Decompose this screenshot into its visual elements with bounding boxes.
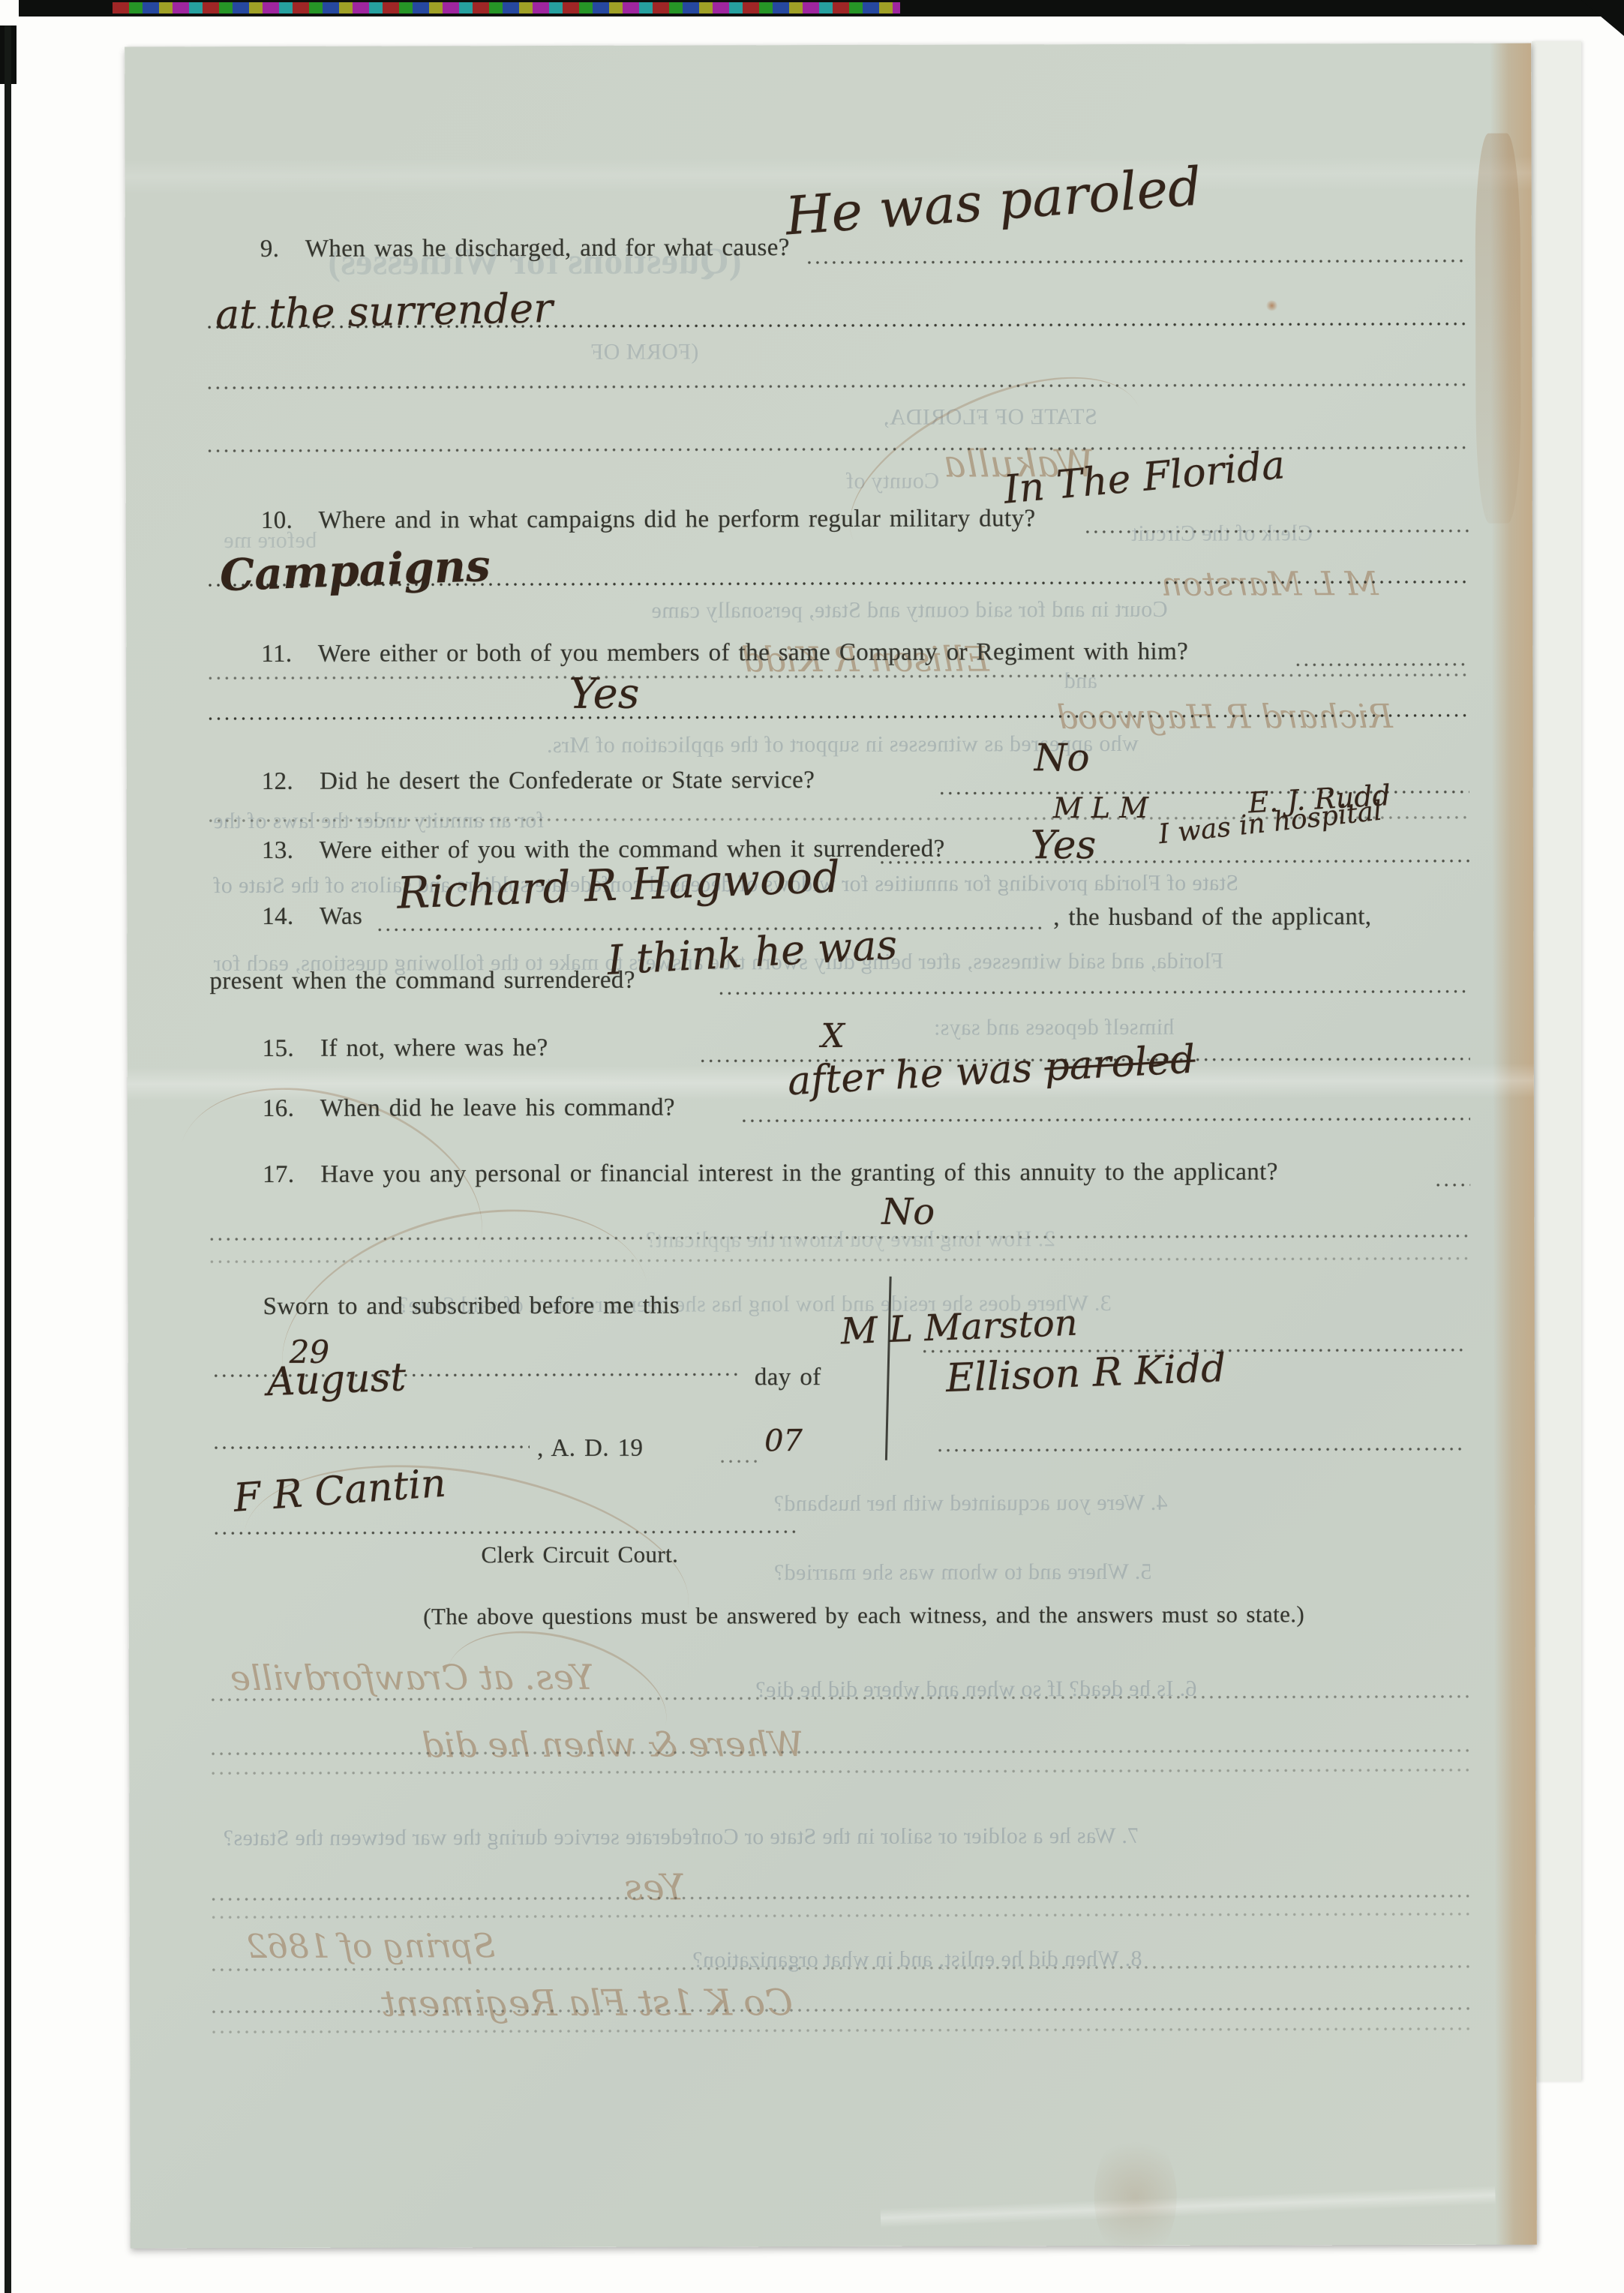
question-13-number: 13.	[262, 837, 294, 864]
question-10-text: Where and in what campaigns did he perfo…	[319, 505, 1036, 534]
question-10-number: 10.	[261, 507, 293, 534]
instruction-note: (The above questions must be answered by…	[309, 1601, 1419, 1631]
bleed-deposes-line: himself deposes and says:	[934, 1015, 1175, 1041]
paper-crease	[881, 2185, 1496, 2228]
question-16-text: When did he leave his command?	[320, 1094, 675, 1122]
question-17: 17. Have you any personal or financial i…	[263, 1158, 1278, 1189]
question-16: 16. When did he leave his command?	[263, 1094, 675, 1123]
dotted-line	[208, 383, 1468, 389]
dotted-line	[212, 1895, 1472, 1901]
question-14-continued: present when the command surrendered?	[209, 967, 635, 995]
dotted-line	[212, 2027, 1472, 2033]
bleed-q2: 2. How long have you known the applicant…	[645, 1226, 1055, 1253]
question-14-text-after: , the husband of the applicant,	[1053, 903, 1371, 932]
dotted-line	[721, 1460, 762, 1463]
question-15-number: 15.	[263, 1035, 295, 1062]
answer-11: Yes	[569, 670, 639, 719]
bleed-q8-answer2: Co K 1st Fla Regiment	[381, 1982, 793, 2024]
dotted-line	[212, 1749, 1472, 1755]
dotted-line	[212, 1769, 1472, 1775]
answer-17: No	[881, 1191, 935, 1233]
dotted-line	[212, 1913, 1472, 1919]
question-15-text: If not, where was he?	[320, 1034, 548, 1062]
stain	[1475, 134, 1520, 524]
question-17-text: Have you any personal or financial inter…	[320, 1158, 1277, 1187]
witness-signature-1: M L Marston	[840, 1302, 1079, 1353]
question-14-start: 14. Was	[262, 903, 362, 931]
question-12-number: 12.	[262, 768, 294, 795]
dotted-line	[1436, 1184, 1470, 1187]
dotted-line	[881, 860, 1469, 864]
answer-10-line2: Campaigns	[219, 540, 491, 601]
ad-label: , A. D. 19	[537, 1435, 643, 1463]
question-16-number: 16.	[263, 1095, 295, 1122]
jurat-month-value: August	[266, 1355, 407, 1405]
bleed-q7-answer: Yes	[625, 1867, 686, 1909]
answer-13: Yes	[1031, 823, 1096, 868]
question-10: 10. Where and in what campaigns did he p…	[261, 505, 1036, 535]
bleed-q7: 7. Was he a soldier or sailor in the Sta…	[223, 1823, 1139, 1851]
dotted-line	[938, 1448, 1463, 1452]
question-12-text: Did he desert the Confederate or State s…	[320, 767, 815, 795]
bleed-clerk-of-circuit: Clerk of the Circuit	[1131, 521, 1313, 547]
dotted-line	[1086, 530, 1469, 533]
bleed-came-name: M L Marston	[1161, 565, 1379, 604]
question-9-text: When was he discharged, and for what cau…	[305, 234, 790, 263]
question-12: 12. Did he desert the Confederate or Sta…	[262, 767, 815, 796]
question-11: 11. Were either or both of you members o…	[261, 638, 1188, 668]
dotted-line	[1296, 663, 1469, 667]
dotted-line	[215, 1445, 530, 1449]
answer-15: X	[821, 1017, 845, 1055]
document-page: (Questions for Witnesses) (FORM OF STATE…	[125, 44, 1537, 2249]
question-14-number: 14.	[262, 903, 294, 930]
stain	[1094, 2129, 1176, 2264]
sworn-statement: Sworn to and subscribed before me this	[263, 1292, 680, 1321]
underlying-sheet-edge	[1532, 41, 1581, 2081]
bleed-q4: 4. Were you acquainted with her husband?	[773, 1490, 1167, 1517]
bleed-q5: 5. Where and to whom was she married?	[773, 1559, 1151, 1586]
bleed-and: and	[1064, 668, 1097, 694]
question-9: 9. When was he discharged, and for what …	[260, 234, 790, 263]
question-9-number: 9.	[260, 236, 280, 263]
question-17-number: 17.	[263, 1161, 295, 1188]
answer-16-struck: paroled	[1043, 1037, 1196, 1091]
scanner-left-line	[5, 26, 11, 2293]
question-11-text: Were either or both of you members of th…	[318, 638, 1188, 668]
question-14-text-before: Was	[320, 903, 362, 930]
bleed-form-of: (FORM OF	[590, 339, 698, 365]
dotted-line	[808, 260, 1468, 264]
bleed-court-line: Court in and for said county and State, …	[651, 597, 1168, 624]
dotted-line	[719, 990, 1469, 995]
answer-9-line2: at the surrender	[215, 284, 553, 338]
scanned-document: (Questions for Witnesses) (FORM OF STATE…	[0, 0, 1624, 2293]
bleed-q8-answer: Spring of 1862	[246, 1927, 496, 1966]
answer-12: No	[1034, 736, 1090, 779]
clerk-title: Clerk Circuit Court.	[481, 1541, 678, 1569]
scanner-rainbow-artifact	[113, 2, 900, 14]
dotted-line	[743, 1118, 1470, 1123]
day-of-label: day of	[755, 1364, 821, 1391]
witness-signature-2: Ellison R Kidd	[945, 1346, 1227, 1401]
jurat-year-value: 07	[764, 1424, 803, 1458]
stain	[1265, 300, 1278, 311]
question-15: 15. If not, where was he?	[263, 1034, 548, 1063]
question-11-number: 11.	[261, 641, 292, 668]
